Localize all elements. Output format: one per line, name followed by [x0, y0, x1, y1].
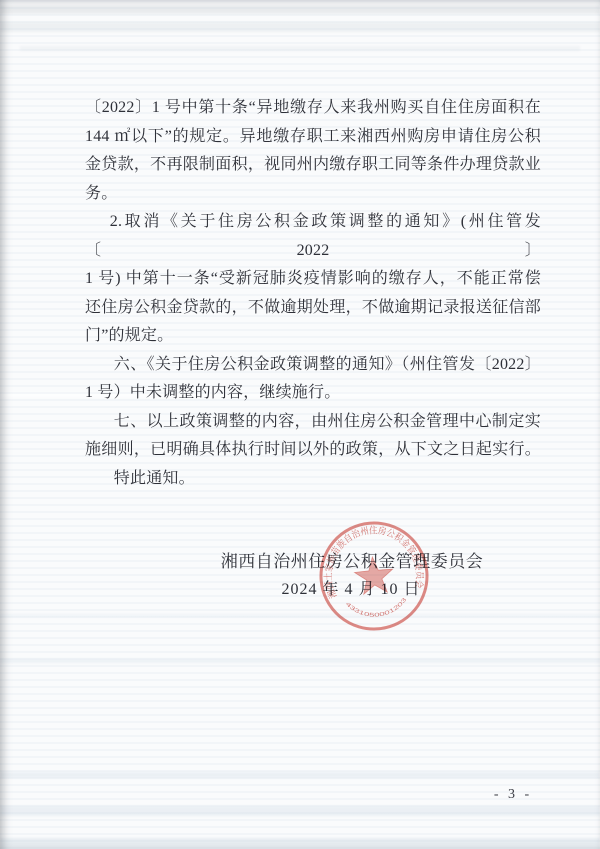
scan-streak — [0, 806, 600, 816]
body-line-1: 〔2022〕1 号中第十条“异地缴存人来我州购买自住住房面积在 — [85, 94, 541, 123]
body-line-8: 门”的规定。 — [85, 322, 541, 351]
body-line-5: 2.取消《关于住房公积金政策调整的通知》(州住管发〔2022〕 — [85, 208, 541, 265]
scan-streak — [20, 46, 580, 51]
document-body: 〔2022〕1 号中第十条“异地缴存人来我州购买自住住房面积在 144 ㎡以下”… — [85, 94, 541, 493]
body-line-4: 务。 — [85, 180, 541, 209]
scan-streak — [0, 22, 600, 32]
scan-streak — [0, 614, 600, 617]
scan-streak — [0, 838, 600, 849]
seal-star-icon — [353, 555, 394, 594]
official-seal-stamp: 湘西土家族苗族自治州住房公积金管理委员会 4331050001203 — [309, 511, 439, 641]
page-number: - 3 - — [494, 787, 532, 803]
scan-streak — [0, 659, 600, 663]
body-line-3: 金贷款，不再限制面积，视同州内缴存职工同等条件办理贷款业 — [85, 151, 541, 180]
body-line-2: 144 ㎡以下”的规定。异地缴存职工来湘西州购房申请住房公积 — [85, 123, 541, 152]
seal-serial-number: 4331050001203 — [344, 596, 410, 621]
svg-text:4331050001203: 4331050001203 — [344, 596, 410, 621]
scanned-document-page: 〔2022〕1 号中第十条“异地缴存人来我州购买自住住房面积在 144 ㎡以下”… — [0, 0, 600, 849]
body-line-6: 1 号) 中第十一条“受新冠肺炎疫情影响的缴存人，不能正常偿 — [85, 265, 541, 294]
body-line-12: 施细则，已明确具体执行时间以外的政策，从下文之日起实行。 — [85, 436, 541, 465]
scan-streak — [0, 772, 600, 778]
body-line-13: 特此通知。 — [85, 465, 541, 494]
body-line-10: 1 号）中未调整的内容，继续施行。 — [85, 379, 541, 408]
body-line-9: 六、《关于住房公积金政策调整的通知》（州住管发〔2022〕 — [85, 351, 541, 380]
scan-streak — [0, 6, 600, 14]
body-line-7: 还住房公积金贷款的，不做逾期处理，不做逾期记录报送征信部 — [85, 294, 541, 323]
body-line-11: 七、以上政策调整的内容，由州住房公积金管理中心制定实 — [85, 408, 541, 437]
